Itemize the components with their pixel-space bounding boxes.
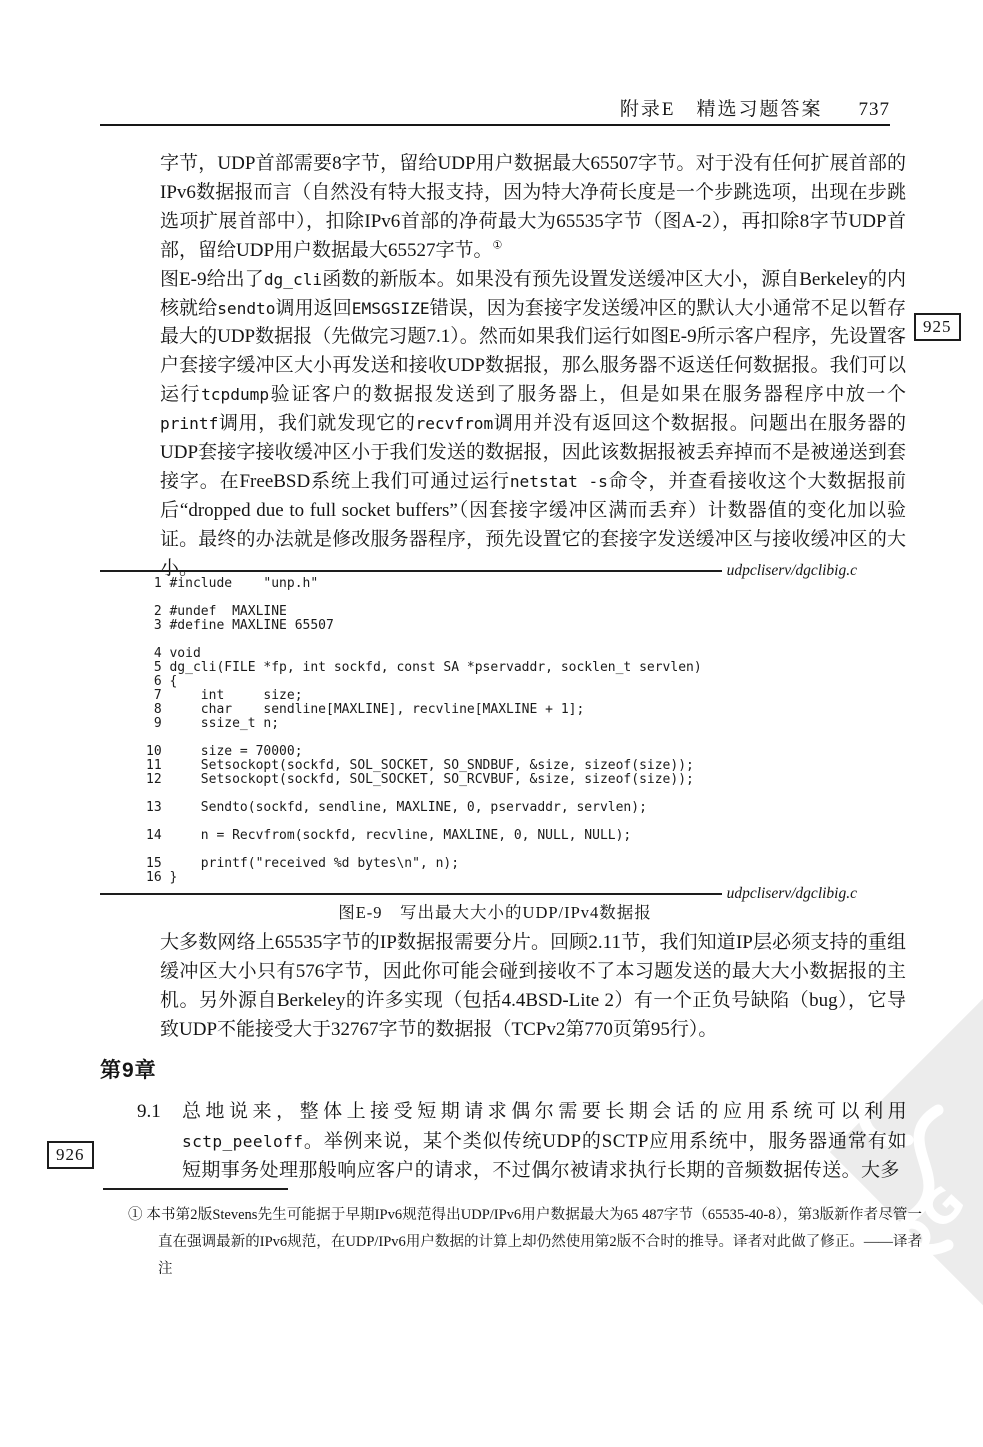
book-page: PDG 附录E 精选习题答案 737 925 926 字节，UDP首部需要8字节… xyxy=(0,0,983,1447)
rule-line xyxy=(100,893,722,895)
source-file-label-top: udpcliserv/dgclibig.c xyxy=(727,562,857,580)
running-head: 附录E 精选习题答案 737 xyxy=(100,94,890,121)
code-listing: 1 #include "unp.h" 2 #undef MAXLINE 3 #d… xyxy=(146,577,702,885)
footnote-rule xyxy=(103,1188,288,1190)
figure-caption: 图E-9 写出最大大小的UDP/IPv4数据报 xyxy=(100,899,890,923)
header-rule xyxy=(100,124,890,126)
page-number: 737 xyxy=(859,99,891,121)
margin-marker-925: 925 xyxy=(914,313,961,341)
footnote-text: ① 本书第2版Stevens先生可能据于早期IPv6规范得出UDP/IPv6用户… xyxy=(128,1202,922,1283)
paragraph-fragmentation: 大多数网络上65535字节的IP数据报需要分片。回顾2.11节，我们知道IP层必… xyxy=(160,928,906,1044)
exercise-text: 总地说来，整体上接受短期请求偶尔需要长期会话的应用系统可以利用sctp_peel… xyxy=(182,1097,907,1186)
paragraph-udp-ipv6: 字节，UDP首部需要8字节，留给UDP用户数据最大65507字节。对于没有任何扩… xyxy=(160,150,906,266)
chapter-heading: 第9章 xyxy=(100,1054,157,1084)
rule-line xyxy=(100,570,722,572)
running-head-title: 附录E 精选习题答案 xyxy=(620,94,823,121)
exercise-number: 9.1 xyxy=(137,1097,182,1186)
body-text-block: 字节，UDP首部需要8字节，留给UDP用户数据最大65507字节。对于没有任何扩… xyxy=(160,150,906,584)
paragraph-fragmentation-text: 大多数网络上65535字节的IP数据报需要分片。回顾2.11节，我们知道IP层必… xyxy=(160,928,906,1044)
paragraph-dgcli-explanation: 图E-9给出了dg_cli函数的新版本。如果没有预先设置发送缓冲区大小，源自Be… xyxy=(160,266,906,584)
exercise-item-9-1: 9.1 总地说来，整体上接受短期请求偶尔需要长期会话的应用系统可以利用sctp_… xyxy=(137,1097,907,1186)
margin-marker-926: 926 xyxy=(47,1141,94,1169)
